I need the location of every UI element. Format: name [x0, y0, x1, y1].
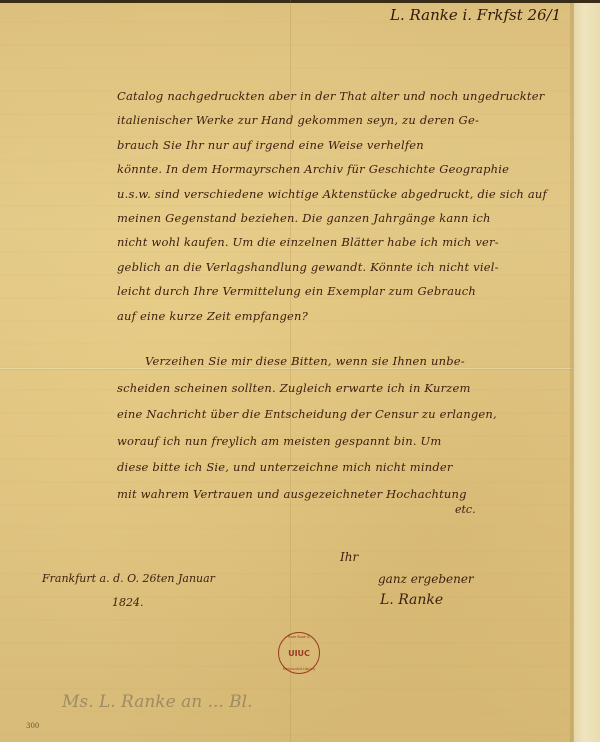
letter-body-paragraph-2: Verzeihen Sie mir diese Bitten, wenn sie…: [117, 348, 567, 507]
stamp-center-text: UIUC: [288, 649, 310, 658]
text-line: nicht wohl kaufen. Um die einzelnen Blät…: [117, 230, 567, 254]
text-line: eine Nachricht über die Entscheidung der…: [117, 401, 567, 428]
text-line: mit wahrem Vertrauen und ausgezeichneter…: [117, 481, 567, 508]
text-line: italienischer Werke zur Hand gekommen se…: [117, 108, 567, 132]
text-line: könnte. In dem Hormayrschen Archiv für G…: [117, 157, 567, 181]
letter-body-paragraph-1: Catalog nachgedruckten aber in der That …: [117, 84, 567, 328]
text-line: Verzeihen Sie mir diese Bitten, wenn sie…: [117, 348, 567, 375]
library-stamp: Rare Book & UIUC Manuscript Library: [278, 632, 320, 674]
text-line: brauch Sie Ihr nur auf irgend eine Weise…: [117, 133, 567, 157]
text-line: meinen Gegenstand beziehen. Die ganzen J…: [117, 206, 567, 230]
folio-number: 300: [26, 722, 39, 730]
text-line: leicht durch Ihre Vermittelung ein Exemp…: [117, 279, 567, 303]
archival-annotation: L. Ranke i. Frkfst 26/1: [390, 6, 561, 24]
closing-phrase: ganz ergebener: [378, 572, 474, 586]
text-line: u.s.w. sind verschiedene wichtige Aktens…: [117, 182, 567, 206]
text-line: Catalog nachgedruckten aber in der That …: [117, 84, 567, 108]
signature: L. Ranke: [380, 592, 443, 608]
salutation: Ihr: [340, 550, 358, 564]
text-line: scheiden scheinen sollten. Zugleich erwa…: [117, 375, 567, 402]
pencil-annotation: Ms. L. Ranke an ... Bl.: [62, 692, 253, 712]
place-and-date: Frankfurt a. d. O. 26ten Januar: [42, 572, 215, 585]
stamp-ring-bottom-text: Manuscript Library: [279, 667, 319, 671]
stamp-ring-top-text: Rare Book &: [279, 635, 319, 639]
text-line: geblich an die Verlagshandlung gewandt. …: [117, 255, 567, 279]
text-line: auf eine kurze Zeit empfangen?: [117, 304, 567, 328]
closing-mark: etc.: [455, 503, 476, 516]
text-line: diese bitte ich Sie, und unterzeichne mi…: [117, 454, 567, 481]
text-line: worauf ich nun freylich am meisten gespa…: [117, 428, 567, 455]
binding-strip: [573, 3, 600, 742]
year: 1824.: [112, 596, 144, 609]
